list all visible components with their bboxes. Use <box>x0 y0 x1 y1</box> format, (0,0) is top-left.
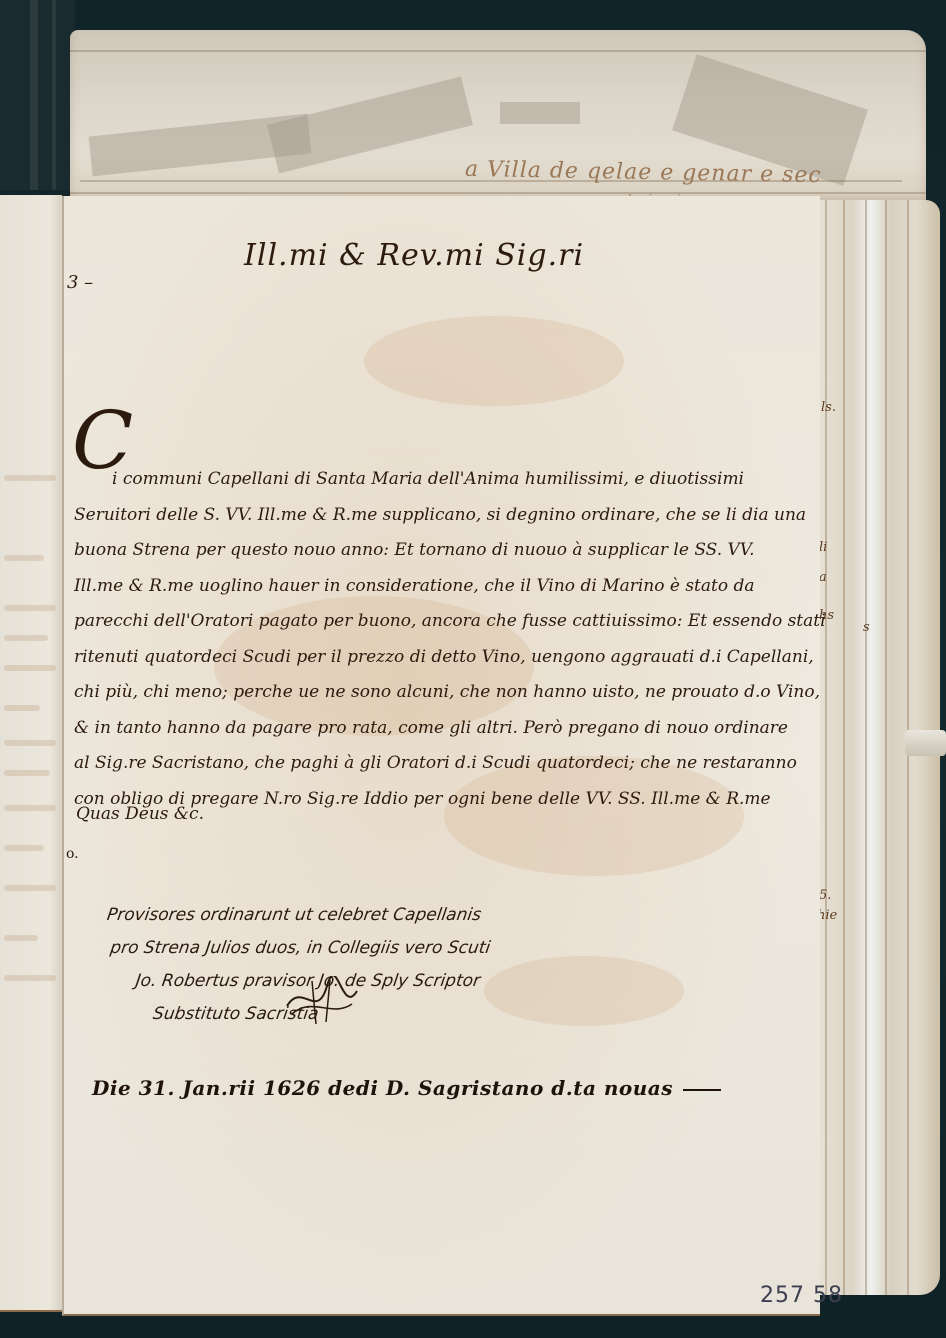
body-line: buona Strena per questo nouo anno: Et to… <box>74 533 824 569</box>
body-line: Seruitori delle S. VV. Ill.me & R.me sup… <box>74 498 824 534</box>
body-line: & in tanto hanno da pagare pro rata, com… <box>74 711 824 747</box>
date-receipt-text: Die 31. Jan.rii 1626 dedi D. Sagristano … <box>92 1076 673 1100</box>
edge-note: s <box>863 620 870 635</box>
decree-annotation: Provisores ordinarunt ut celebret Capell… <box>91 899 670 1031</box>
binding-spine <box>30 0 38 190</box>
facing-left-page <box>0 195 62 1312</box>
decree-line: Jo. Robertus pravisor Jo. de Sply Script… <box>95 965 660 998</box>
closing-formula: Quas Deus &c. <box>76 804 204 824</box>
body-line: al Sig.re Sacristano, che paghi à gli Or… <box>74 746 824 782</box>
shelfmark-number: 257 58 <box>760 1283 843 1308</box>
body-line: parecchi dell'Oratori pagato per buono, … <box>74 604 824 640</box>
folio-mark: 3 – <box>67 272 93 293</box>
edge-note: hie <box>817 908 837 923</box>
petition-body: i communi Capellani di Santa Maria dell'… <box>74 462 824 817</box>
binding-cord <box>905 730 946 756</box>
date-receipt-line: Die 31. Jan.rii 1626 dedi D. Sagristano … <box>92 1076 721 1100</box>
decree-line: pro Strena Julios duos, in Collegiis ver… <box>100 932 665 965</box>
decree-line: Substituto Sacristia <box>91 998 656 1031</box>
body-line: ritenuti quatordeci Scudi per il prezzo … <box>74 640 824 676</box>
book-binding <box>0 0 75 190</box>
edge-note: 5. <box>819 888 831 903</box>
edge-note: ls. <box>821 400 836 415</box>
salutation-heading: Ill.mi & Rev.mi Sig.ri <box>244 238 584 273</box>
body-line: i communi Capellani di Santa Maria dell'… <box>74 462 824 498</box>
margin-dot: o. <box>66 846 79 862</box>
stack-label-title: a Villa de qelae e genar e sec <box>465 157 822 188</box>
binding-spine <box>52 0 56 190</box>
signature-flourish-icon <box>282 976 362 1026</box>
decree-line: Provisores ordinarunt ut celebret Capell… <box>105 899 670 932</box>
dash-mark <box>683 1089 721 1091</box>
manuscript-page: 3 – Ill.mi & Rev.mi Sig.ri C i communi C… <box>62 196 820 1316</box>
folded-page-stack: a Villa de qelae e genar e sec ...ade ri… <box>70 30 926 205</box>
body-line: Ill.me & R.me uoglino hauer in considera… <box>74 569 824 605</box>
body-line: chi più, chi meno; perche ue ne sono alc… <box>74 675 824 711</box>
